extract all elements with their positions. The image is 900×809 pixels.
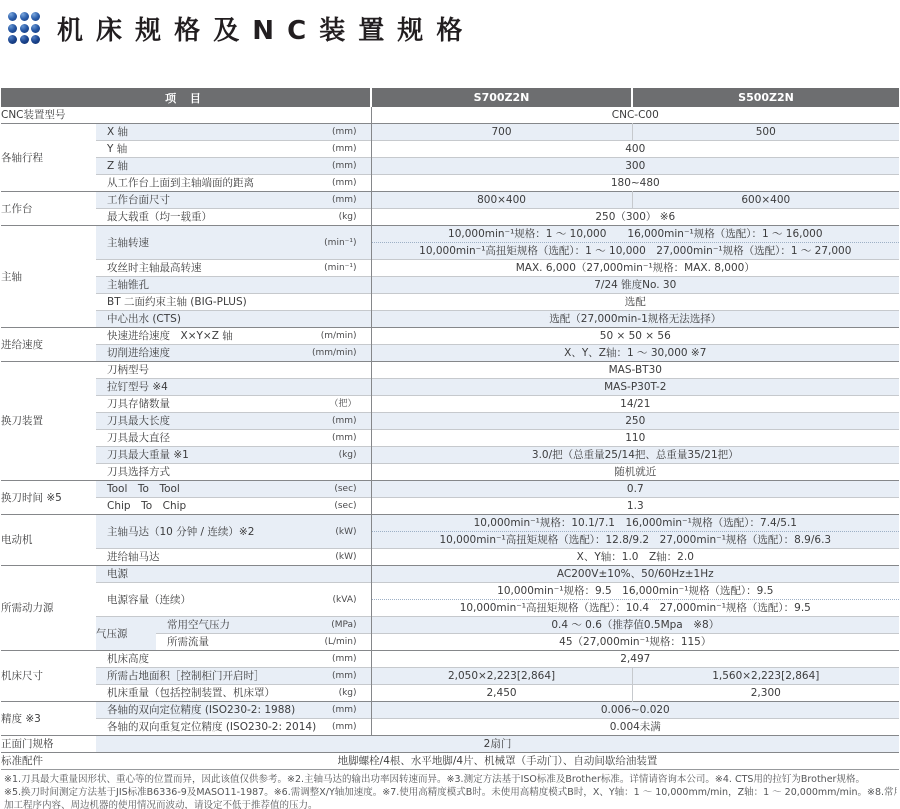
item-label: 快速进给速度 X×Y×Z 轴: [107, 328, 233, 344]
row-label-cell: CNC装置型号: [1, 107, 371, 124]
unit-label: (sec): [334, 498, 356, 514]
table-row: 主轴锥孔7/24 锥度No. 30: [1, 277, 899, 294]
item-label: 中心出水 (CTS): [107, 311, 181, 327]
table-row: 精度 ※3各轴的双向定位精度 (ISO230-2: 1988)(mm)0.006…: [1, 702, 899, 719]
table-row: Y 轴(mm)400: [1, 141, 899, 158]
unit-label: (min⁻¹): [324, 235, 356, 251]
value-cell: AC200V±10%、50/60Hz±1Hz: [371, 566, 899, 583]
table-row: 机床重量（包括控制装置、机床罩）(kg)2,4502,300: [1, 685, 899, 702]
item-label: Chip To Chip: [107, 498, 186, 514]
value-cell: X、Y、Z轴：1 ～ 30,000 ※7: [371, 345, 899, 362]
item-label: Y 轴: [107, 141, 127, 157]
item-label-cell: Y 轴(mm): [96, 141, 371, 158]
table-row: 各轴的双向重复定位精度 (ISO230-2: 2014)(mm)0.004未满: [1, 719, 899, 736]
item-label-cell: 各轴的双向重复定位精度 (ISO230-2: 2014)(mm): [96, 719, 371, 736]
item-label-cell: 中心出水 (CTS): [96, 311, 371, 328]
value-cell: 0.006~0.020: [371, 702, 899, 719]
page: 机 床 规 格 及 N C 装 置 规 格 项 目 S700Z2N S500Z2…: [0, 0, 900, 809]
value-cell: 600×400: [632, 192, 899, 209]
value-cell: MAS-BT30: [371, 362, 899, 379]
item-label: 刀具最大直径: [107, 430, 170, 446]
item-label-cell: 刀具最大重量 ※1(kg): [96, 447, 371, 464]
unit-label: (mm): [332, 430, 357, 446]
item-label-cell: 电源容量（连续）(kVA): [96, 583, 371, 617]
item-label: 机床重量（包括控制装置、机床罩）: [107, 685, 275, 701]
value-cell: X、Y轴：1.0 Z轴：2.0: [371, 549, 899, 566]
unit-label: (sec): [334, 481, 356, 497]
unit-label: (kg): [339, 447, 357, 463]
item-label: 主轴锥孔: [107, 277, 149, 293]
group-label-cell: 换刀装置: [1, 362, 96, 481]
table-row: 攻丝时主轴最高转速(min⁻¹)MAX. 6,000（27,000min⁻¹规格…: [1, 260, 899, 277]
item-label-cell: 拉钉型号 ※4: [96, 379, 371, 396]
item-label-cell: 主轴转速(min⁻¹): [96, 226, 371, 260]
value-cell: 14/21: [371, 396, 899, 413]
footnote-line: 加工程序内容、周边机器的使用情况而波动，请设定不低于推荐值的压力。: [4, 799, 897, 809]
table-row: 中心出水 (CTS)选配（27,000min-1规格无法选择）: [1, 311, 899, 328]
value-cell: 2扇门: [96, 736, 899, 753]
table-row: 最大载重（均一载重）(kg)250（300） ※6: [1, 209, 899, 226]
table-row: 电源容量（连续）(kVA)10,000min⁻¹规格：9.5 16,000min…: [1, 583, 899, 617]
unit-label: (mm): [332, 175, 357, 191]
value-cell: 选配（27,000min-1规格无法选择）: [371, 311, 899, 328]
value-cell: 2,300: [632, 685, 899, 702]
item-label: 拉钉型号 ※4: [107, 379, 168, 395]
item-label-cell: 刀具存储数量（把）: [96, 396, 371, 413]
group-label-cell: 电动机: [1, 515, 96, 566]
item-label: 机床高度: [107, 651, 149, 667]
table-row: 换刀装置刀柄型号MAS-BT30: [1, 362, 899, 379]
table-row: 进给速度快速进给速度 X×Y×Z 轴(m/min)50 × 50 × 56: [1, 328, 899, 345]
page-title: 机 床 规 格 及 N C 装 置 规 格: [57, 10, 464, 47]
value-cell: 180~480: [371, 175, 899, 192]
item-label: BT 二面约束主轴 (BIG-PLUS): [107, 294, 247, 310]
item-label: X 轴: [107, 124, 128, 140]
table-row: 从工作台上面到主轴端面的距离(mm)180~480: [1, 175, 899, 192]
table-row: 标准配件地脚螺栓/4根、水平地脚/4片、机械罩（手动门）、自动间歇给油装置: [1, 753, 899, 770]
value-line: 10,000min⁻¹规格：1 ～ 10,000 16,000min⁻¹规格（选…: [372, 226, 900, 242]
value-cell: 10,000min⁻¹规格：10.1/7.1 16,000min⁻¹规格（选配）…: [371, 515, 899, 549]
item-label: 进给轴马达: [107, 549, 160, 565]
unit-label: (kg): [339, 209, 357, 225]
item-label-cell: 主轴马达（10 分钟 / 连续）※2(kW): [96, 515, 371, 549]
group-label-cell: 工作台: [1, 192, 96, 226]
value-cell: 110: [371, 430, 899, 447]
unit-label: (kg): [339, 685, 357, 701]
header-item-column: 项 目: [1, 88, 371, 107]
spec-table: 项 目 S700Z2N S500Z2N CNC装置型号CNC-C00各轴行程X …: [1, 88, 899, 770]
table-row: 刀具存储数量（把）14/21: [1, 396, 899, 413]
table-row: 所需占地面积［控制柜门开启时］(mm)2,050×2,223[2,864]1,5…: [1, 668, 899, 685]
value-cell: 选配: [371, 294, 899, 311]
unit-label: (L/min): [324, 634, 356, 650]
item-label-cell: 所需流量(L/min): [156, 634, 371, 651]
table-header-row: 项 目 S700Z2N S500Z2N: [1, 88, 899, 107]
item-label-cell: 所需占地面积［控制柜门开启时］(mm): [96, 668, 371, 685]
item-label: 刀具选择方式: [107, 464, 170, 480]
table-row: 刀具选择方式随机就近: [1, 464, 899, 481]
item-label-cell: 最大载重（均一载重）(kg): [96, 209, 371, 226]
item-label: 各轴的双向定位精度 (ISO230-2: 1988): [107, 702, 295, 718]
unit-label: (mm): [332, 413, 357, 429]
item-label-cell: 电源: [96, 566, 371, 583]
value-cell: 50 × 50 × 56: [371, 328, 899, 345]
unit-label: (mm): [332, 192, 357, 208]
item-label: 所需占地面积［控制柜门开启时］: [107, 668, 265, 684]
table-row: 机床尺寸机床高度(mm)2,497: [1, 651, 899, 668]
group-label-cell: 各轴行程: [1, 124, 96, 192]
item-label-cell: Tool To Tool(sec): [96, 481, 371, 498]
unit-label: (kW): [335, 549, 356, 565]
item-label-cell: 刀柄型号: [96, 362, 371, 379]
item-label: 所需流量: [167, 634, 209, 650]
item-label-cell: 刀具最大直径(mm): [96, 430, 371, 447]
item-label: Z 轴: [107, 158, 128, 174]
table-row: 正面门规格2扇门: [1, 736, 899, 753]
item-label-cell: 刀具最大长度(mm): [96, 413, 371, 430]
value-cell: 700: [371, 124, 632, 141]
group-label-cell: 换刀时间 ※5: [1, 481, 96, 515]
table-row: 主轴主轴转速(min⁻¹)10,000min⁻¹规格：1 ～ 10,000 16…: [1, 226, 899, 260]
table-row: 电动机主轴马达（10 分钟 / 连续）※2(kW)10,000min⁻¹规格：1…: [1, 515, 899, 549]
unit-label: (MPa): [331, 617, 356, 633]
unit-label: (kW): [335, 524, 356, 540]
value-cell: CNC-C00: [371, 107, 899, 124]
item-label-cell: 工作台面尺寸(mm): [96, 192, 371, 209]
value-line: 10,000min⁻¹高扭矩规格（选配）：12.8/9.2 27,000min⁻…: [372, 531, 900, 548]
header-model-s700z2n: S700Z2N: [371, 88, 632, 107]
unit-label: (mm): [332, 141, 357, 157]
value-cell: MAS-P30T-2: [371, 379, 899, 396]
item-label: 切削进给速度: [107, 345, 170, 361]
unit-label: (mm): [332, 719, 357, 735]
item-label-cell: 机床高度(mm): [96, 651, 371, 668]
value-cell: 10,000min⁻¹规格：9.5 16,000min⁻¹规格（选配）：9.51…: [371, 583, 899, 617]
table-row: 刀具最大重量 ※1(kg)3.0/把（总重量25/14把、总重量35/21把）: [1, 447, 899, 464]
table-row: Chip To Chip(sec)1.3: [1, 498, 899, 515]
value-cell: 0.004未满: [371, 719, 899, 736]
value-cell: 3.0/把（总重量25/14把、总重量35/21把）: [371, 447, 899, 464]
footnote-line: ※5.换刀时间测定方法基于JIS标准B6336-9及MASO11-1987。※6…: [4, 786, 897, 799]
value-cell: 7/24 锥度No. 30: [371, 277, 899, 294]
unit-label: (mm): [332, 668, 357, 684]
table-row: 换刀时间 ※5Tool To Tool(sec)0.7: [1, 481, 899, 498]
item-label-cell: Chip To Chip(sec): [96, 498, 371, 515]
item-label: Tool To Tool: [107, 481, 180, 497]
unit-label: (mm): [332, 702, 357, 718]
value-cell: MAX. 6,000（27,000min⁻¹规格：MAX. 8,000）: [371, 260, 899, 277]
item-label: 主轴马达（10 分钟 / 连续）※2: [107, 524, 254, 540]
table-row: 进给轴马达(kW)X、Y轴：1.0 Z轴：2.0: [1, 549, 899, 566]
value-cell: 地脚螺栓/4根、水平地脚/4片、机械罩（手动门）、自动间歇给油装置: [96, 753, 899, 770]
item-label: 电源容量（连续）: [107, 592, 191, 608]
item-label: 刀具最大重量 ※1: [107, 447, 189, 463]
unit-label: (m/min): [321, 328, 357, 344]
item-label-cell: BT 二面约束主轴 (BIG-PLUS): [96, 294, 371, 311]
unit-label: (mm): [332, 158, 357, 174]
item-label-cell: 进给轴马达(kW): [96, 549, 371, 566]
spec-table-body: CNC装置型号CNC-C00各轴行程X 轴(mm)700500Y 轴(mm)40…: [1, 107, 899, 770]
item-label-cell: X 轴(mm): [96, 124, 371, 141]
footnotes: ※1.刀具最大重量因形状、重心等的位置而异，因此该值仅供参考。※2.主轴马达的输…: [4, 773, 897, 809]
value-cell: 400: [371, 141, 899, 158]
unit-label: (min⁻¹): [324, 260, 356, 276]
table-row: 各轴行程X 轴(mm)700500: [1, 124, 899, 141]
table-row: 所需动力源电源AC200V±10%、50/60Hz±1Hz: [1, 566, 899, 583]
item-label: 刀具存储数量: [107, 396, 170, 412]
item-label: 从工作台上面到主轴端面的距离: [107, 175, 254, 191]
group-label-cell: 主轴: [1, 226, 96, 328]
value-cell: 0.4 ～ 0.6（推荐值0.5Mpa ※8）: [371, 617, 899, 634]
table-row: BT 二面约束主轴 (BIG-PLUS)选配: [1, 294, 899, 311]
value-cell: 1.3: [371, 498, 899, 515]
value-cell: 300: [371, 158, 899, 175]
value-cell: 45（27,000min⁻¹规格：115）: [371, 634, 899, 651]
value-cell: 2,450: [371, 685, 632, 702]
value-line: 10,000min⁻¹高扭矩规格（选配）：1 ～ 10,000 27,000mi…: [372, 242, 900, 259]
table-row: 切削进给速度(mm/min)X、Y、Z轴：1 ～ 30,000 ※7: [1, 345, 899, 362]
title-bar: 机 床 规 格 及 N C 装 置 规 格: [8, 10, 464, 47]
sub-group-label-cell: 气压源: [96, 617, 156, 651]
value-cell: 1,560×2,223[2,864]: [632, 668, 899, 685]
group-label-cell: 进给速度: [1, 328, 96, 362]
table-row: 刀具最大长度(mm)250: [1, 413, 899, 430]
group-label-cell: 机床尺寸: [1, 651, 96, 702]
item-label-cell: 快速进给速度 X×Y×Z 轴(m/min): [96, 328, 371, 345]
item-label: 刀具最大长度: [107, 413, 170, 429]
item-label-cell: 切削进给速度(mm/min): [96, 345, 371, 362]
value-cell: 500: [632, 124, 899, 141]
item-label-cell: 刀具选择方式: [96, 464, 371, 481]
value-cell: 2,050×2,223[2,864]: [371, 668, 632, 685]
unit-label: (kVA): [333, 592, 357, 608]
table-row: Z 轴(mm)300: [1, 158, 899, 175]
value-cell: 10,000min⁻¹规格：1 ～ 10,000 16,000min⁻¹规格（选…: [371, 226, 899, 260]
value-cell: 250（300） ※6: [371, 209, 899, 226]
item-label: 电源: [107, 566, 128, 582]
row-label-cell: 标准配件: [1, 753, 96, 770]
item-label: 各轴的双向重复定位精度 (ISO230-2: 2014): [107, 719, 316, 735]
value-cell: 随机就近: [371, 464, 899, 481]
table-row: 拉钉型号 ※4MAS-P30T-2: [1, 379, 899, 396]
item-label: 工作台面尺寸: [107, 192, 170, 208]
value-cell: 0.7: [371, 481, 899, 498]
unit-label: (mm): [332, 651, 357, 667]
item-label-cell: 攻丝时主轴最高转速(min⁻¹): [96, 260, 371, 277]
dots-grid-icon: [8, 12, 41, 45]
value-cell: 2,497: [371, 651, 899, 668]
item-label-cell: 从工作台上面到主轴端面的距离(mm): [96, 175, 371, 192]
item-label: 主轴转速: [107, 235, 149, 251]
item-label-cell: Z 轴(mm): [96, 158, 371, 175]
table-row: 气压源常用空气压力(MPa)0.4 ～ 0.6（推荐值0.5Mpa ※8）: [1, 617, 899, 634]
header-model-s500z2n: S500Z2N: [632, 88, 899, 107]
item-label: 攻丝时主轴最高转速: [107, 260, 202, 276]
item-label-cell: 各轴的双向定位精度 (ISO230-2: 1988)(mm): [96, 702, 371, 719]
value-cell: 800×400: [371, 192, 632, 209]
item-label-cell: 机床重量（包括控制装置、机床罩）(kg): [96, 685, 371, 702]
unit-label: (mm/min): [312, 345, 357, 361]
table-row: 刀具最大直径(mm)110: [1, 430, 899, 447]
row-label-cell: 正面门规格: [1, 736, 96, 753]
item-label: 最大载重（均一载重）: [107, 209, 212, 225]
footnote-line: ※1.刀具最大重量因形状、重心等的位置而异，因此该值仅供参考。※2.主轴马达的输…: [4, 773, 897, 786]
group-label-cell: 所需动力源: [1, 566, 96, 651]
value-line: 10,000min⁻¹规格：9.5 16,000min⁻¹规格（选配）：9.5: [372, 583, 900, 599]
item-label-cell: 常用空气压力(MPa): [156, 617, 371, 634]
unit-label: （把）: [330, 396, 357, 412]
table-row: CNC装置型号CNC-C00: [1, 107, 899, 124]
table-row: 工作台工作台面尺寸(mm)800×400600×400: [1, 192, 899, 209]
item-label-cell: 主轴锥孔: [96, 277, 371, 294]
item-label: 常用空气压力: [167, 617, 230, 633]
value-line: 10,000min⁻¹规格：10.1/7.1 16,000min⁻¹规格（选配）…: [372, 515, 900, 531]
value-cell: 250: [371, 413, 899, 430]
group-label-cell: 精度 ※3: [1, 702, 96, 736]
unit-label: (mm): [332, 124, 357, 140]
value-line: 10,000min⁻¹高扭矩规格（选配）：10.4 27,000min⁻¹规格（…: [372, 599, 900, 616]
item-label: 刀柄型号: [107, 362, 149, 378]
